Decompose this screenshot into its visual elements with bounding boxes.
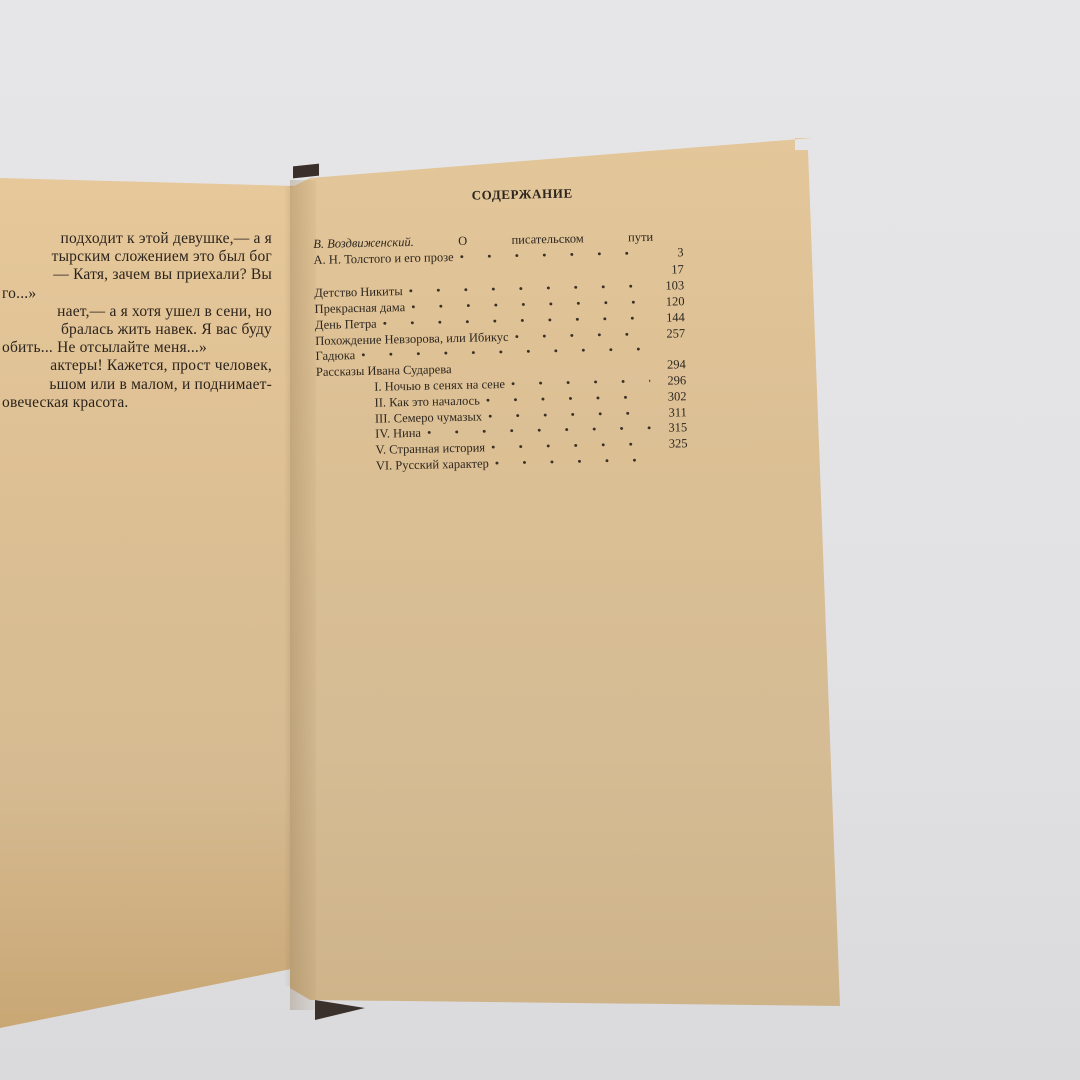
toc-page-number: 302 xyxy=(656,389,686,405)
toc-entry-title: Гадюка xyxy=(315,349,355,366)
toc-page-number: 144 xyxy=(655,310,685,326)
toc-entry-title: Прекрасная дама xyxy=(314,300,405,318)
toc-page-number: 17 xyxy=(654,263,684,279)
toc-entry-title: IV. Нина xyxy=(375,426,421,443)
toc-leader-dots: • • • • • • • • • • • • • • • • • • • • xyxy=(495,453,652,472)
toc-page-number: 315 xyxy=(657,421,687,437)
toc-title: СОДЕРЖАНИЕ xyxy=(312,183,682,207)
book-spine-bottom xyxy=(315,1000,365,1020)
book-spine-top xyxy=(293,164,319,179)
toc-entry-title: А. Н. Толстого и его прозе xyxy=(313,250,453,269)
toc-leader-dots: • • • • • • • • • • • • • • • • • • • • xyxy=(459,246,647,266)
toc-page-number: 257 xyxy=(655,326,685,342)
toc-page-number: 311 xyxy=(657,405,687,421)
toc-page-number: 296 xyxy=(656,373,686,389)
text-line: го...» xyxy=(0,285,272,303)
text-line: бралась жить навек. Я вас буду xyxy=(0,321,272,339)
table-of-contents: СОДЕРЖАНИЕ В. Воздвиженский. О писательс… xyxy=(312,177,688,475)
text-line: нает,— а я хотя ушел в сени, но xyxy=(0,303,272,321)
toc-word: О xyxy=(458,234,467,250)
text-line: обить... Не отсылайте меня...» xyxy=(0,339,272,357)
toc-leader-dots xyxy=(458,369,650,373)
toc-page-number: 3 xyxy=(653,245,683,261)
text-line: — Катя, зачем вы приехали? Вы xyxy=(0,266,272,284)
toc-entry-title: VI. Русский характер xyxy=(376,456,489,474)
toc-entry-title: Детство Никиты xyxy=(314,284,403,302)
text-line: актеры! Кажется, прост человек, xyxy=(0,357,272,375)
text-line: ьшом или в малом, и поднимает- xyxy=(0,376,272,394)
text-line: тырским сложением это был бог xyxy=(0,248,272,266)
left-page-text: подходит к этой девушке,— а я тырским сл… xyxy=(0,230,272,412)
toc-page-number: 103 xyxy=(654,278,684,294)
toc-entry-title: День Петра xyxy=(315,316,377,333)
toc-page-number: 120 xyxy=(654,294,684,310)
text-line: овеческая красота. xyxy=(0,394,272,412)
toc-page-number: 294 xyxy=(656,357,686,373)
text-line: подходит к этой девушке,— а я xyxy=(0,230,272,248)
toc-word: писательском xyxy=(511,231,583,248)
toc-page-number: 325 xyxy=(657,436,687,452)
toc-word: пути xyxy=(628,230,653,246)
book-gutter xyxy=(290,180,316,1010)
